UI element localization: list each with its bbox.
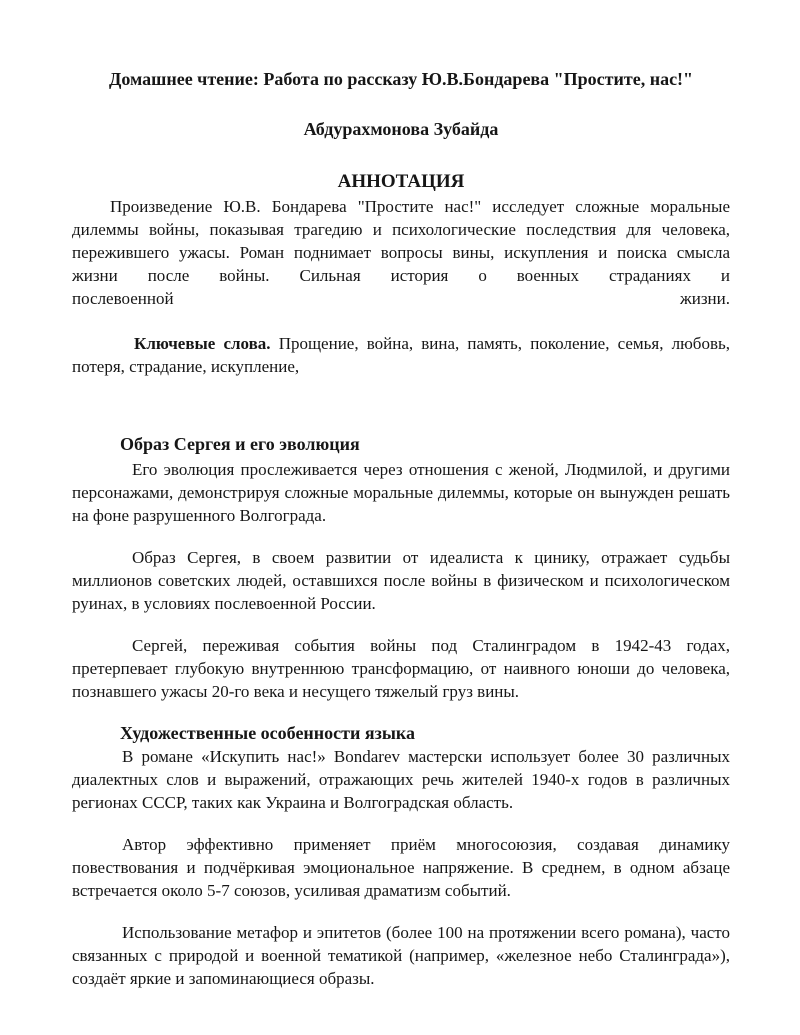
annotation-paragraph: Произведение Ю.В. Бондарева "Простите на… [72, 195, 730, 287]
section-paragraph: Автор эффективно применяет приём многосо… [72, 833, 730, 902]
section-paragraph: Его эволюция прослеживается через отноше… [72, 458, 730, 527]
section-paragraph: Использование метафор и эпитетов (более … [72, 921, 730, 990]
keywords-label: Ключевые слова. [134, 334, 271, 353]
section-paragraph: Сергей, переживая события войны под Стал… [72, 634, 730, 703]
keywords-paragraph: Ключевые слова. Прощение, война, вина, п… [72, 332, 730, 378]
annotation-last-line-right: жизни. [680, 287, 730, 310]
document-author: Абдурахмонова Зубайда [72, 118, 730, 141]
document-page: Домашнее чтение: Работа по рассказу Ю.В.… [0, 0, 800, 1035]
document-title: Домашнее чтение: Работа по рассказу Ю.В.… [72, 68, 730, 91]
section-heading-sergey-image: Образ Сергея и его эволюция [72, 433, 730, 456]
annotation-heading: АННОТАЦИЯ [72, 170, 730, 193]
section-heading-language-features: Художественные особенности языка [72, 722, 730, 745]
annotation-paragraph-last-line: послевоенной жизни. [72, 287, 730, 310]
section-paragraph: В романе «Искупить нас!» Bondarev мастер… [72, 745, 730, 814]
section-paragraph: Образ Сергея, в своем развитии от идеали… [72, 546, 730, 615]
annotation-last-line-left: послевоенной [72, 287, 174, 310]
